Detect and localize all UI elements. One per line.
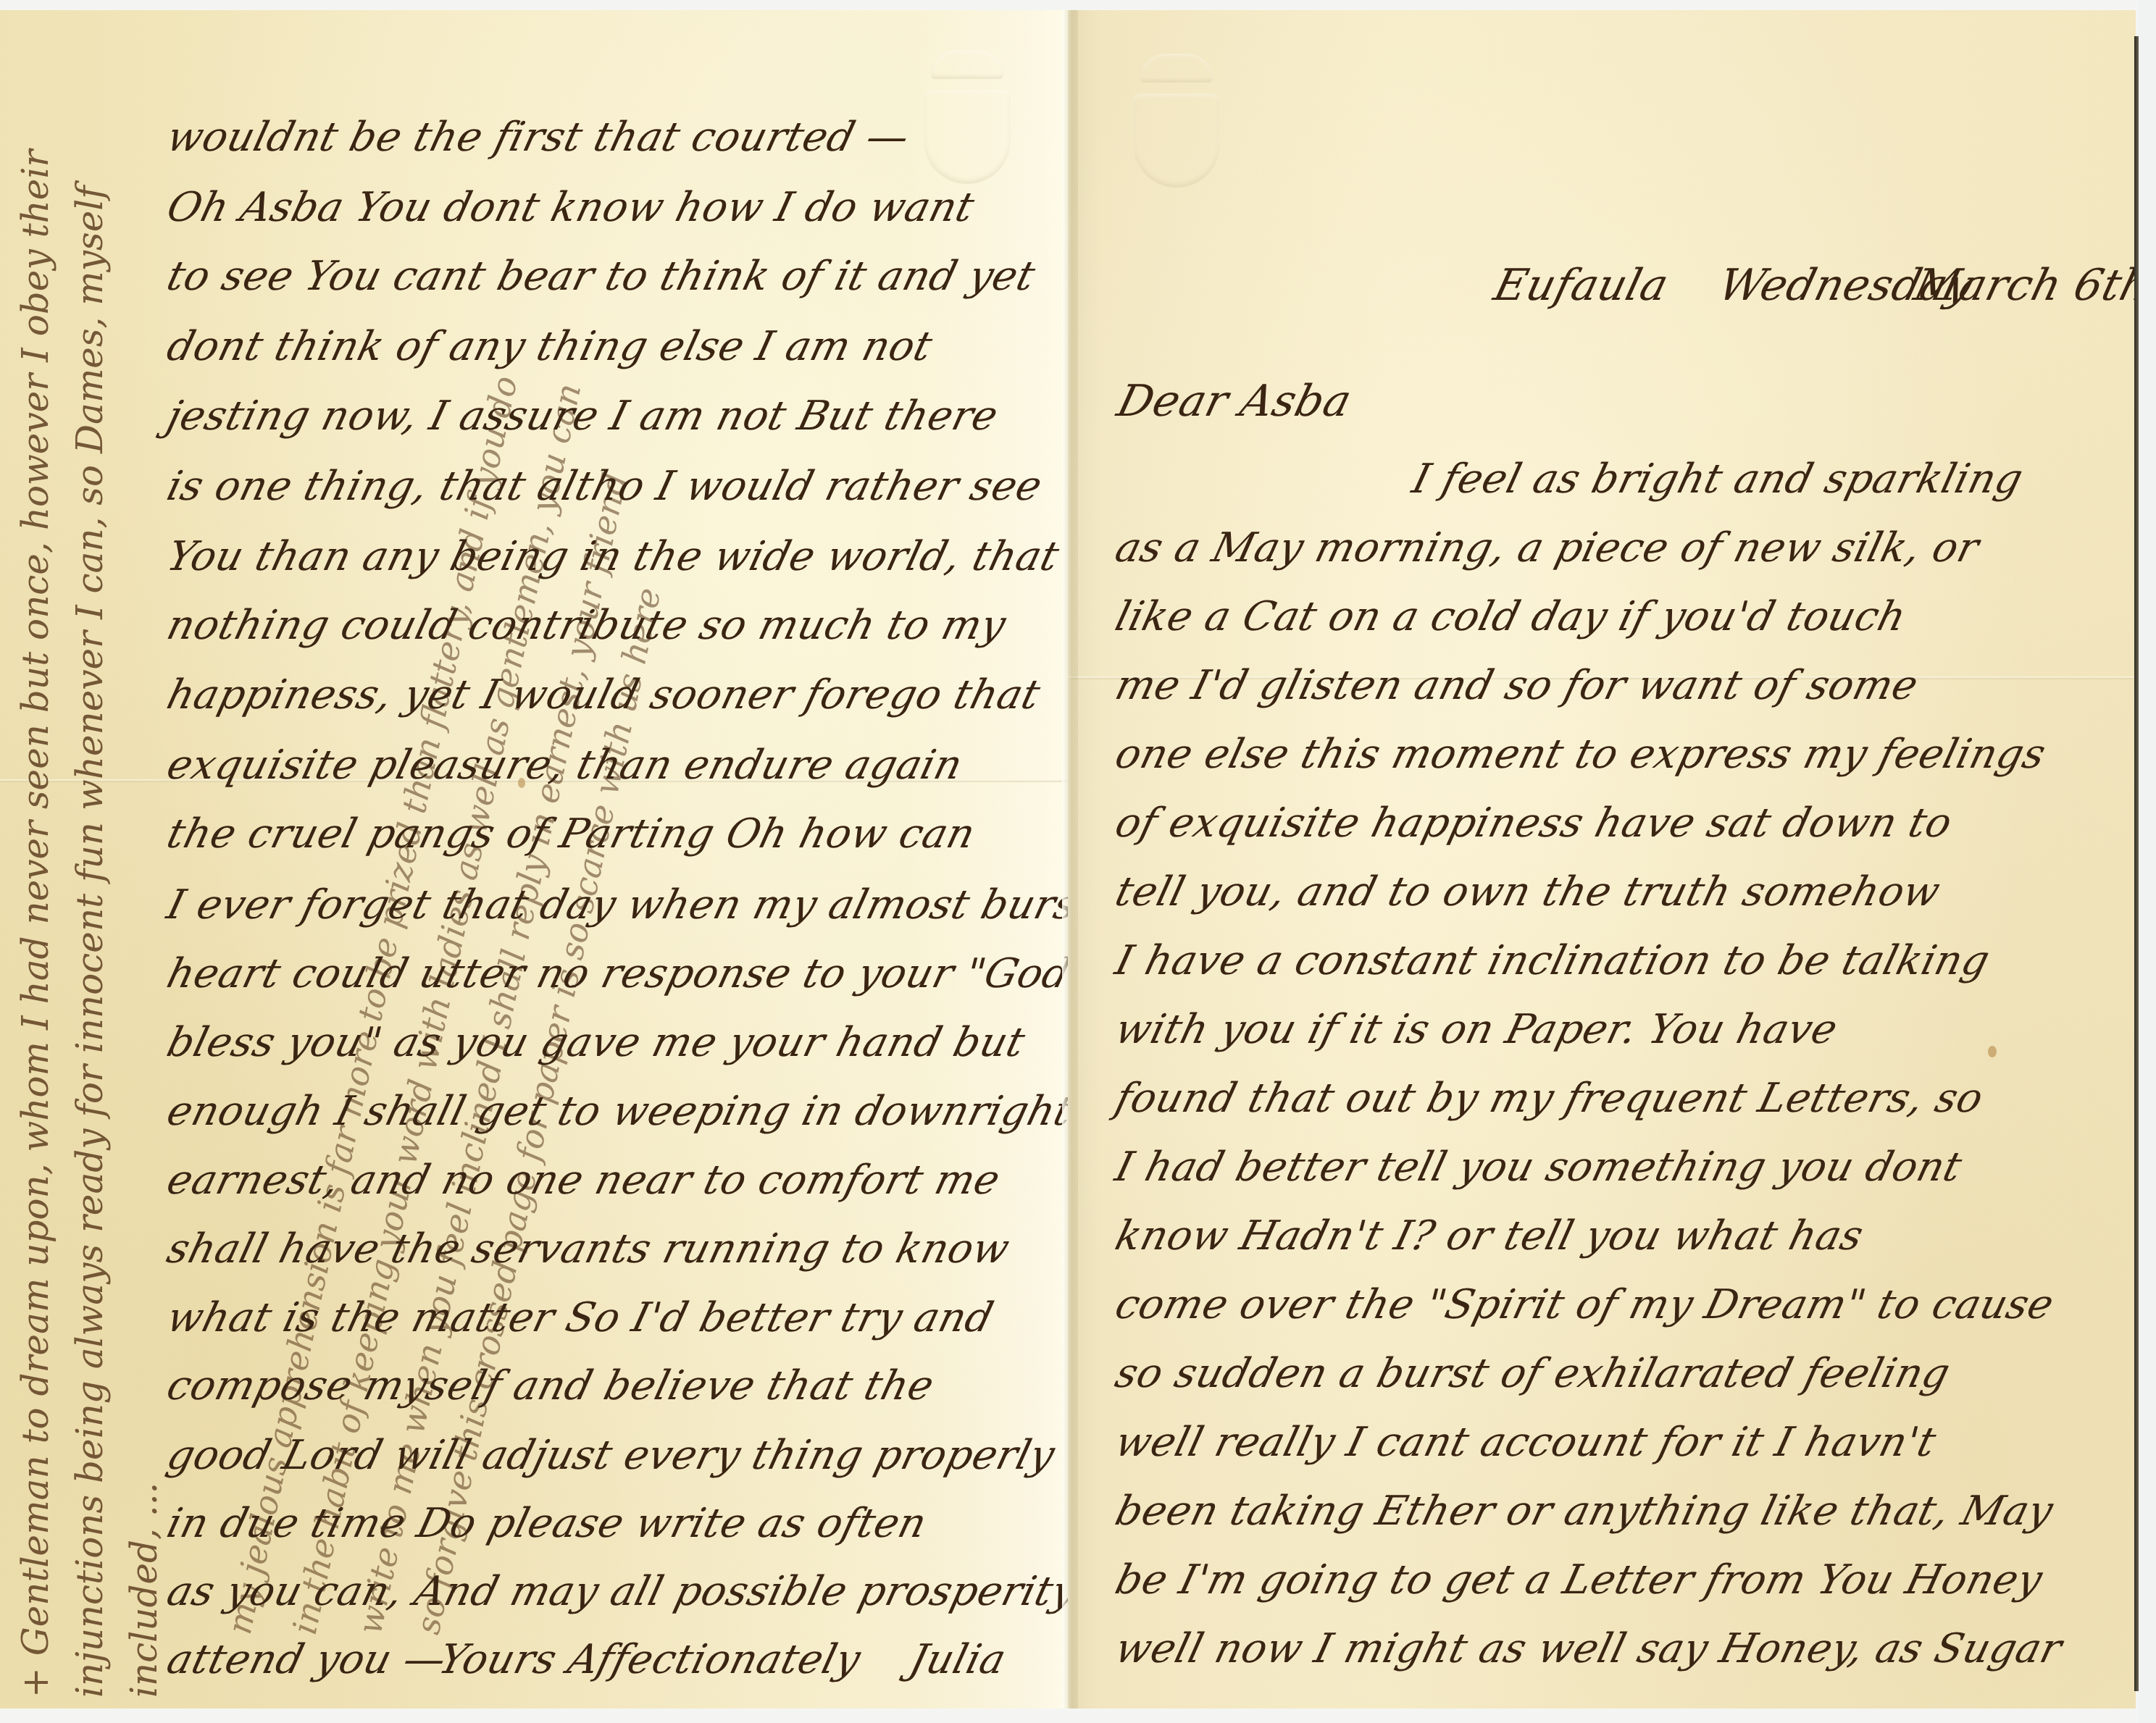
left-line: I ever forget that day when my almost bu…: [163, 885, 1068, 926]
right-line: know Hadn't I? or tell you what has: [1111, 1216, 1867, 1257]
left-line: is one thing, that altho I would rather …: [163, 466, 1046, 507]
center-fold-gutter: [1062, 10, 1078, 1709]
left-line: shall have the servants running to know: [163, 1229, 1014, 1270]
left-line: what is the matter So I'd better try and: [163, 1298, 998, 1338]
left-line: earnest, and no one near to comfort me: [163, 1160, 1004, 1201]
page-edge-shadow: [2134, 36, 2139, 1691]
embossed-seal-icon: [1129, 54, 1224, 191]
ink-stain: [1988, 1046, 1997, 1057]
letter-spread: + Gentleman to dream upon, whom I had ne…: [0, 10, 2156, 1709]
left-line: nothing could contribute so much to my: [163, 605, 1010, 646]
left-line: You than any being in the wide world, th…: [163, 537, 1063, 577]
right-line: I had better tell you something you dont: [1111, 1147, 1965, 1188]
crown-emboss: [1140, 54, 1213, 83]
right-line: of exquisite happiness have sat down to: [1111, 803, 1956, 844]
left-line: good Lord will adjust every thing proper…: [163, 1435, 1058, 1476]
left-line: Oh Asba You dont know how I do want: [163, 188, 978, 228]
left-line: compose myself and believe that the: [163, 1366, 938, 1407]
ink-stain: [518, 778, 525, 788]
right-line: been taking Ether or anything like that,…: [1111, 1491, 2057, 1532]
right-line: found that out by my frequent Letters, s…: [1111, 1078, 1987, 1119]
right-line: like a Cat on a cold day if you'd touch: [1111, 597, 1910, 637]
right-line: as a May morning, a piece of new silk, o…: [1111, 528, 1983, 569]
margin-crosswriting-line-3: included, ...: [123, 1483, 165, 1698]
left-line: jesting now, I assure I am not But there: [163, 396, 1002, 437]
salutation: Dear Asba: [1112, 376, 1356, 427]
right-line: I have a constant inclination to be talk…: [1111, 941, 1994, 981]
margin-crosswriting-line-2: injunctions being always ready for innoc…: [69, 185, 111, 1698]
left-line: as you can, And may all possible prosper…: [163, 1572, 1068, 1612]
date: March 6th 1841: [1909, 260, 2136, 311]
right-line: so sudden a burst of exhilarated feeling: [1111, 1354, 1954, 1394]
place-name: Eufaula: [1489, 260, 1674, 311]
margin-crosswriting-line-1: + Gentleman to dream upon, whom I had ne…: [14, 150, 57, 1698]
shield-emboss: [924, 90, 1011, 184]
left-line: enough I shall get to weeping in downrig…: [163, 1091, 1068, 1132]
right-line: come over the "Spirit of my Dream" to ca…: [1111, 1285, 2057, 1325]
right-line: be I'm going to get a Letter from You Ho…: [1111, 1560, 2047, 1601]
left-line: wouldnt be the first that courted —: [163, 117, 914, 158]
left-line: the cruel pangs of Parting Oh how can: [163, 814, 979, 855]
right-line: well really I cant account for it I havn…: [1111, 1422, 1940, 1463]
right-page: Eufaula Wednesday March 6th 1841 Dear As…: [1068, 10, 2136, 1709]
left-line: attend you —: [163, 1640, 450, 1680]
embossed-seal-icon: [920, 50, 1014, 188]
left-line: to see You cant bear to think of it and …: [163, 256, 1039, 297]
right-line: one else this moment to express my feeli…: [1111, 734, 2050, 775]
left-page: + Gentleman to dream upon, whom I had ne…: [0, 10, 1068, 1709]
closing: Yours Affectionately: [435, 1640, 864, 1680]
left-line: dont think of any thing else I am not: [163, 327, 936, 367]
right-line: with you if it is on Paper. You have: [1111, 1010, 1842, 1050]
left-line: happiness, yet I would sooner forego tha…: [163, 675, 1044, 716]
left-line: heart could utter no response to your "G…: [163, 954, 1068, 994]
right-line: tell you, and to own the truth somehow: [1111, 872, 1944, 913]
signature: Julia: [906, 1640, 1010, 1680]
left-line: bless you" as you gave me your hand but: [163, 1023, 1029, 1063]
left-line: in due time Do please write as often: [163, 1504, 931, 1544]
left-line: exquisite pleasure, than endure again: [163, 745, 966, 786]
scan-background: [2139, 0, 2156, 1723]
shield-emboss: [1133, 93, 1220, 188]
crown-emboss: [931, 50, 1003, 79]
right-line: me I'd glisten and so for want of some: [1111, 666, 1922, 706]
right-line: well now I might as well say Honey, as S…: [1111, 1629, 2065, 1669]
right-line: I feel as bright and sparkling: [1408, 459, 2027, 500]
